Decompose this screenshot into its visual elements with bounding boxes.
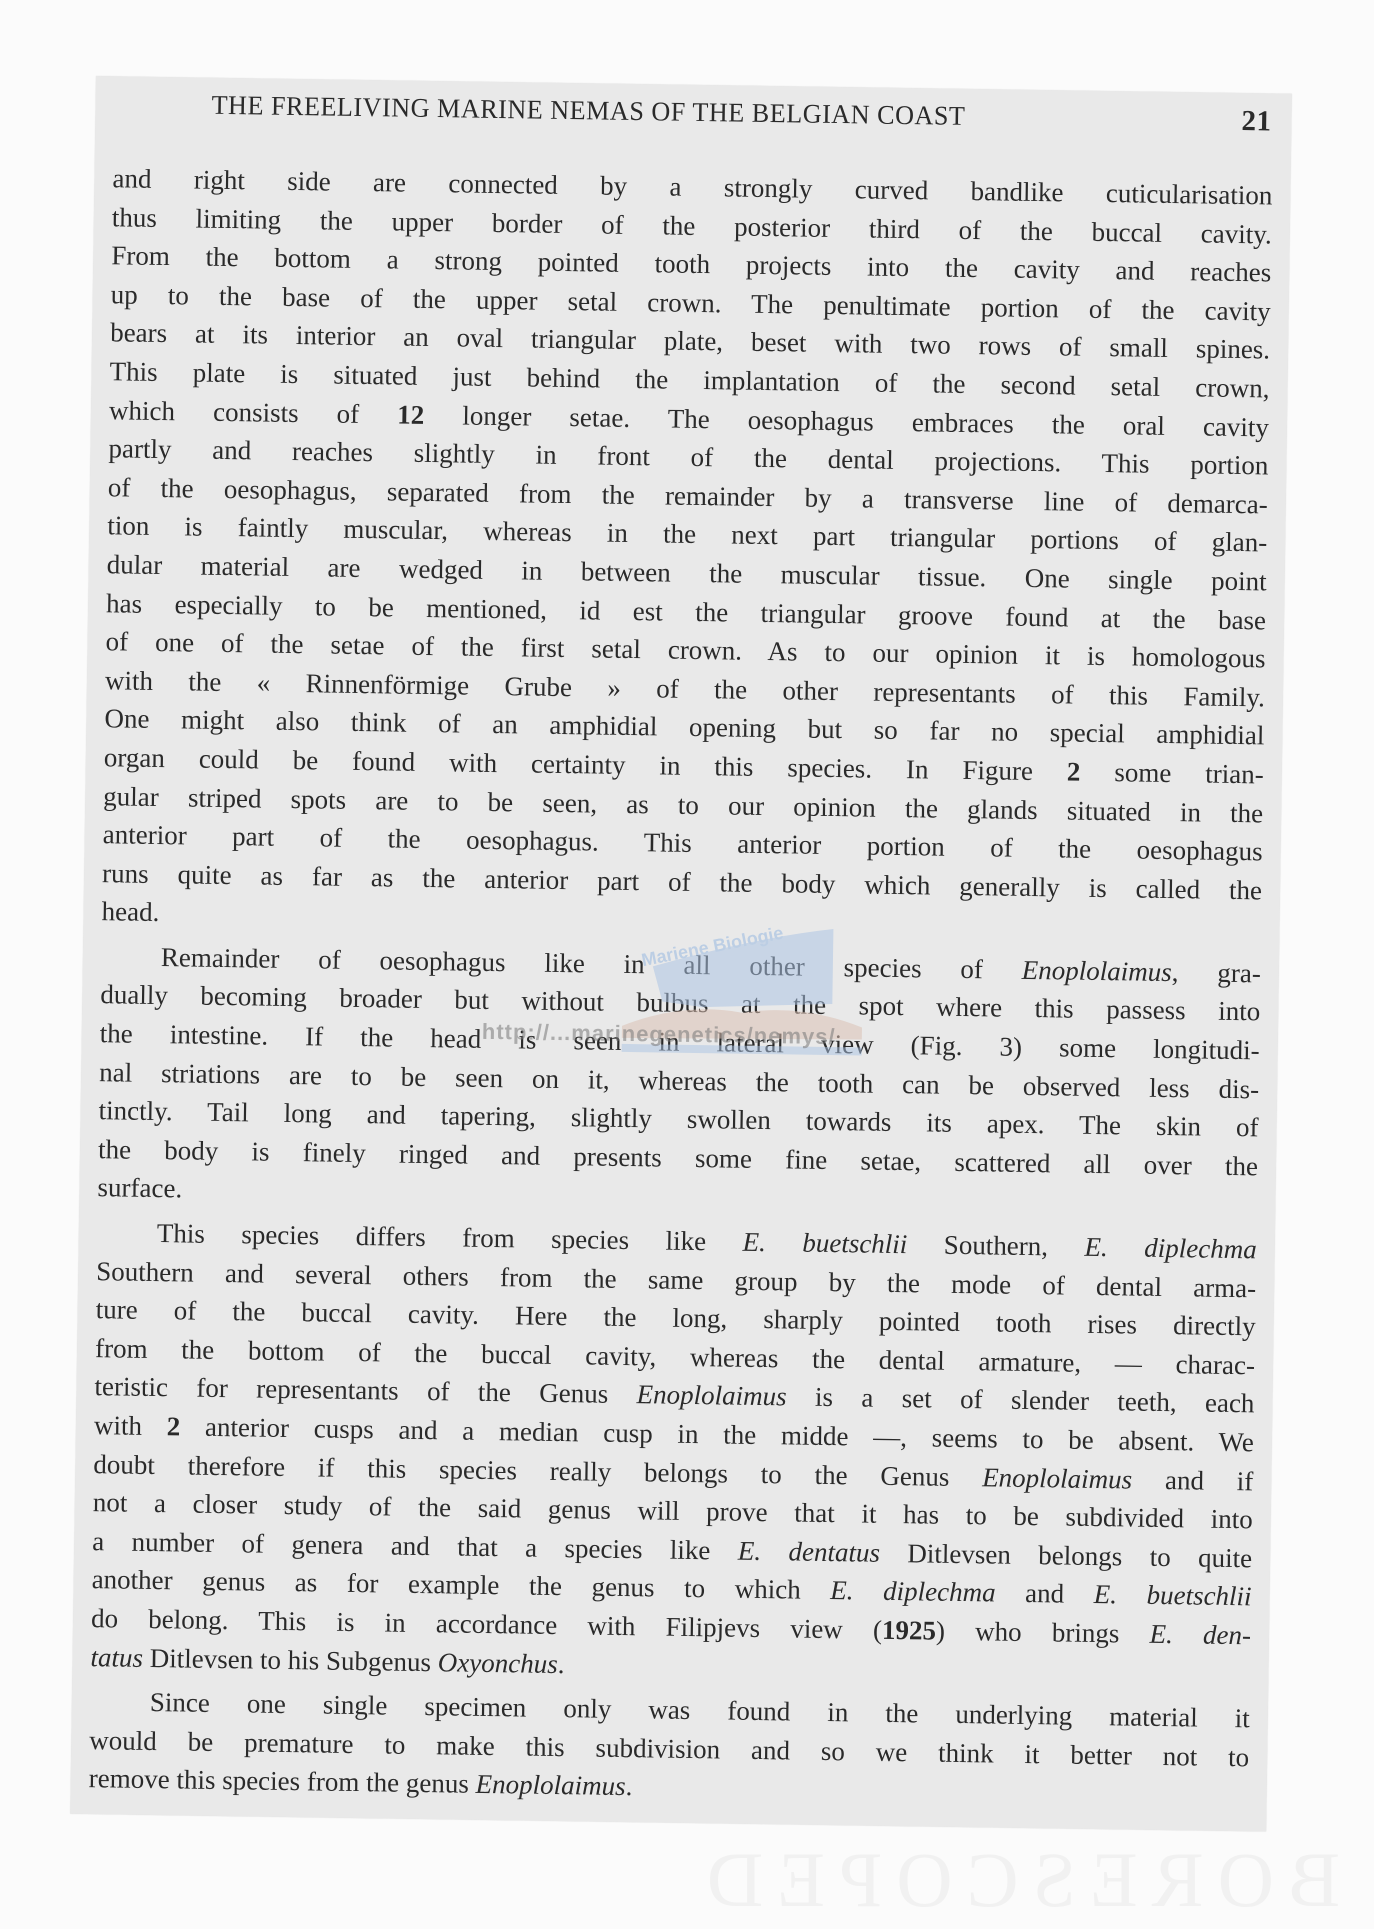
text-run: Ditlevsen to his Subgenus <box>143 1642 438 1676</box>
paragraph: Remainder of oesophagus like in all othe… <box>97 937 1261 1224</box>
text-run: surface. <box>97 1173 182 1204</box>
text-run: head. <box>101 896 159 927</box>
text-run: a number of genera and that a species li… <box>92 1526 738 1566</box>
body-text: and right side are connected by a strong… <box>88 159 1272 1815</box>
italic-taxon-name: E. diplechma <box>830 1575 996 1607</box>
text-run: . <box>625 1771 632 1801</box>
watermark-url: http://...marinegenetics/nemys/ <box>482 1019 836 1050</box>
text-run: ) who brings <box>936 1616 1150 1649</box>
running-header: THE FREELIVING MARINE NEMAS OF THE BELGI… <box>211 90 1271 140</box>
italic-taxon-name: E. diplechma <box>1084 1232 1257 1265</box>
text-run: which consists of <box>109 395 398 429</box>
italic-taxon-name: Enoplolaimus <box>982 1462 1132 1494</box>
scanned-page: THE FREELIVING MARINE NEMAS OF THE BELGI… <box>70 76 1292 1832</box>
paragraph: Since one single specimen only was found… <box>88 1682 1250 1815</box>
text-run: . <box>558 1649 565 1679</box>
italic-taxon-name: Enoplolaimus <box>475 1769 625 1801</box>
italic-taxon-name: Enoplolaimus <box>1022 955 1172 987</box>
text-run: another genus as for example the genus t… <box>91 1564 830 1605</box>
text-run: is a set of slender teeth, each <box>786 1382 1254 1419</box>
bold-numeral: 2 <box>167 1411 181 1441</box>
text-run: with <box>94 1410 167 1441</box>
bold-numeral: 1925 <box>882 1615 936 1646</box>
text-run: , gra- <box>1172 957 1261 988</box>
text-run: This species differs from species like <box>157 1218 743 1257</box>
text-run: and <box>995 1578 1094 1609</box>
italic-taxon-name: Enoplolaimus <box>636 1380 786 1412</box>
text-run: do belong. This is in accordance with Fi… <box>91 1603 882 1645</box>
bleed-through-ghost-text: BORESCOPED <box>40 1835 1340 1915</box>
bold-numeral: 2 <box>1067 756 1081 786</box>
italic-taxon-name: E. buetschlii <box>1094 1579 1252 1611</box>
text-run: teristic for representants of the Genus <box>94 1372 637 1410</box>
text-run: some trian- <box>1080 757 1264 790</box>
paragraph: and right side are connected by a strong… <box>101 159 1272 948</box>
italic-taxon-name: tatus <box>90 1642 143 1673</box>
text-run: and if <box>1132 1464 1254 1496</box>
page-number: 21 <box>1241 105 1271 138</box>
italic-taxon-name: E. dentatus <box>738 1535 881 1567</box>
italic-taxon-name: Oxyonchus <box>438 1647 558 1679</box>
text-run: remove this species from the genus <box>89 1763 476 1799</box>
text-run: Ditlevsen belongs to quite <box>880 1538 1253 1574</box>
italic-taxon-name: E. den- <box>1149 1619 1251 1651</box>
bold-numeral: 12 <box>397 399 424 429</box>
running-header-title: THE FREELIVING MARINE NEMAS OF THE BELGI… <box>211 90 965 132</box>
text-run: Southern, <box>907 1229 1085 1262</box>
paragraph: This species differs from species like E… <box>90 1213 1257 1693</box>
italic-taxon-name: E. buetschlii <box>742 1227 907 1259</box>
